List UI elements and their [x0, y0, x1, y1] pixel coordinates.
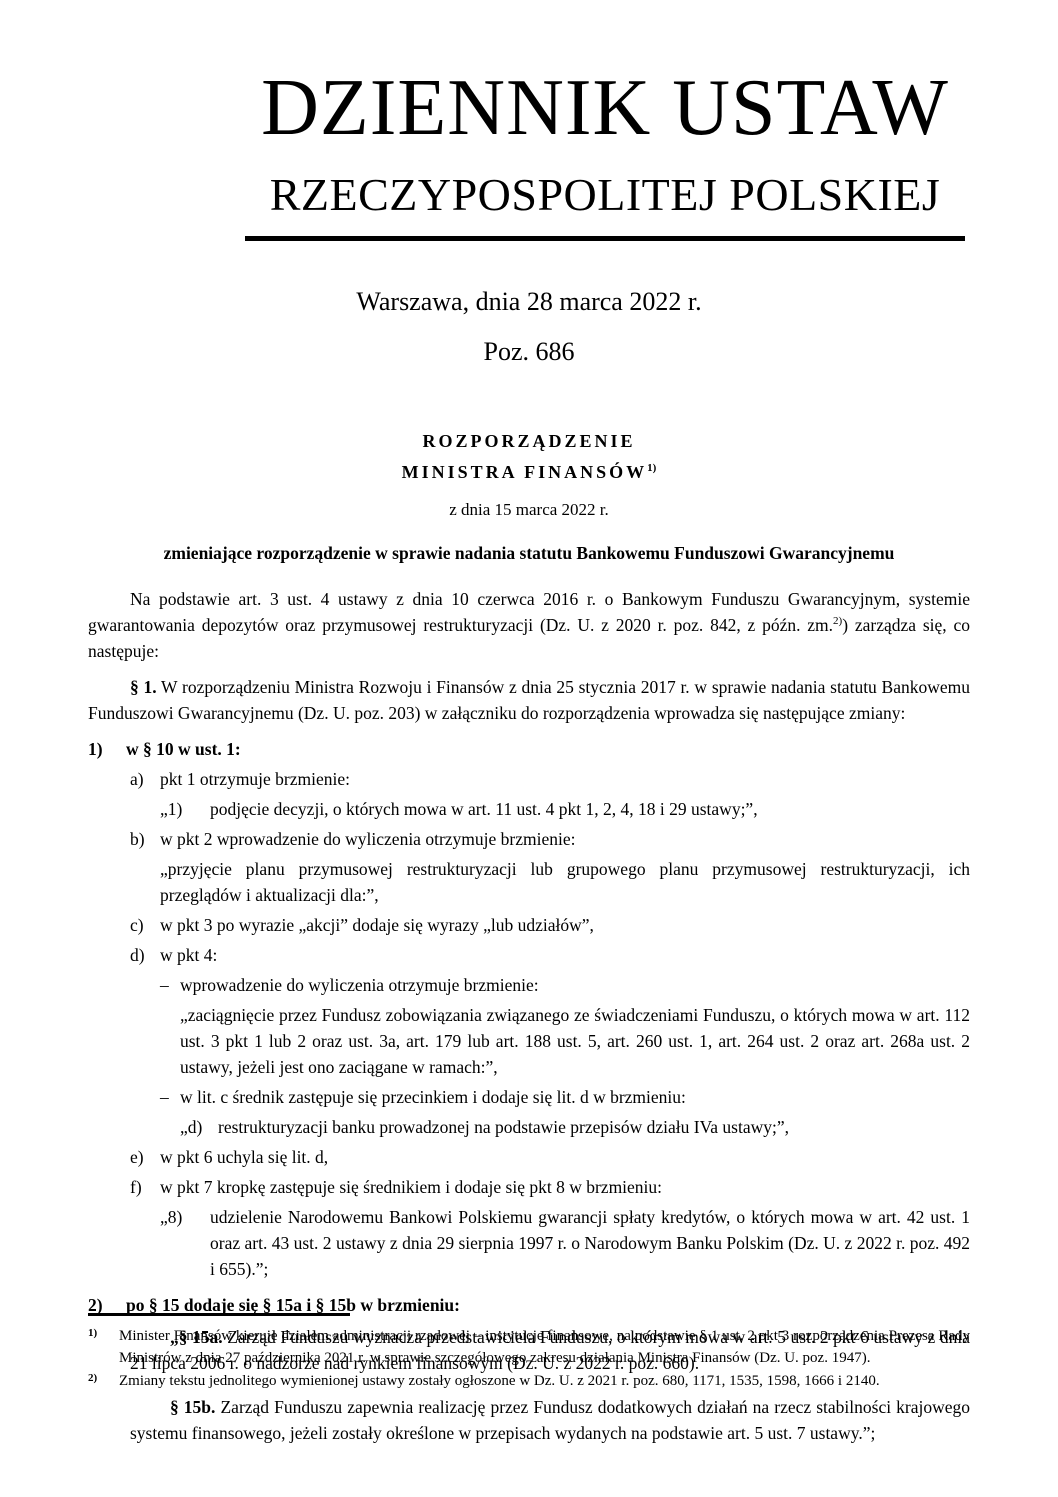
tiret-2: – w lit. c średnik zastępuje się przecin… [160, 1084, 970, 1110]
act-issuer-footnote-ref: 1) [647, 462, 656, 474]
tiret-2-quote-text: restrukturyzacji banku prowadzonej na po… [218, 1114, 970, 1140]
sub-item-a-text: pkt 1 otrzymuje brzmienie: [160, 766, 970, 792]
paragraph-15b-text: Zarząd Funduszu zapewnia realizację prze… [130, 1397, 970, 1443]
preamble-text-1: Na podstawie art. 3 ust. 4 ustawy z dnia… [88, 589, 970, 635]
dateline: Warszawa, dnia 28 marca 2022 r. [88, 287, 970, 317]
sub-item-f: f) w pkt 7 kropkę zastępuje się średniki… [130, 1174, 970, 1200]
footnote-1-ref: 1) [88, 1322, 119, 1366]
sub-item-f-quote-number: „8) [160, 1204, 210, 1282]
section-1-label: § 1. [130, 677, 157, 697]
tiret-2-dash: – [160, 1084, 180, 1110]
sub-item-c-text: w pkt 3 po wyrazie „akcji” dodaje się wy… [160, 912, 970, 938]
act-heading: ROZPORZĄDZENIE MINISTRA FINANSÓW1) z dni… [88, 431, 970, 564]
section-1-text: W rozporządzeniu Ministra Rozwoju i Fina… [88, 677, 970, 723]
sub-item-d-letter: d) [130, 942, 160, 968]
tiret-2-quote: „d) restrukturyzacji banku prowadzonej n… [180, 1114, 970, 1140]
sub-item-b-letter: b) [130, 826, 160, 852]
sub-item-d-text: w pkt 4: [160, 942, 970, 968]
sub-item-e: e) w pkt 6 uchyla się lit. d, [130, 1144, 970, 1170]
masthead: DZIENNIK USTAW RZECZYPOSPOLITEJ POLSKIEJ [245, 64, 965, 241]
amendment-item-1: 1) w § 10 w ust. 1: [88, 736, 970, 762]
tiret-1-dash: – [160, 972, 180, 998]
tiret-1: – wprowadzenie do wyliczenia otrzymuje b… [160, 972, 970, 998]
quoted-paragraph-15b: § 15b. Zarząd Funduszu zapewnia realizac… [130, 1394, 970, 1446]
tiret-1-quote-text: „zaciągnięcie przez Fundusz zobowiązania… [180, 1002, 970, 1080]
footnote-2-ref: 2) [88, 1367, 119, 1389]
sub-item-b: b) w pkt 2 wprowadzenie do wyliczenia ot… [130, 826, 970, 852]
footnotes-section: 1) Minister Finansów kieruje działem adm… [88, 1313, 970, 1392]
sub-item-b-text: w pkt 2 wprowadzenie do wyliczenia otrzy… [160, 826, 970, 852]
sub-item-e-letter: e) [130, 1144, 160, 1170]
sub-item-c-letter: c) [130, 912, 160, 938]
sub-item-f-letter: f) [130, 1174, 160, 1200]
footnote-1: 1) Minister Finansów kieruje działem adm… [88, 1325, 970, 1369]
sub-item-f-quote-text: udzielenie Narodowemu Bankowi Polskiemu … [210, 1204, 970, 1282]
act-issuer: MINISTRA FINANSÓW1) [88, 462, 970, 484]
act-type: ROZPORZĄDZENIE [88, 431, 970, 453]
amendment-item-1-number: 1) [88, 736, 126, 762]
sub-item-c: c) w pkt 3 po wyrazie „akcji” dodaje się… [130, 912, 970, 938]
sub-item-b-quote-text: „przyjęcie planu przymusowej restruktury… [160, 856, 970, 908]
sub-item-e-text: w pkt 6 uchyla się lit. d, [160, 1144, 970, 1170]
tiret-2-text: w lit. c średnik zastępuje się przecinki… [180, 1084, 970, 1110]
act-issuer-name: MINISTRA FINANSÓW [402, 462, 648, 482]
amendment-item-1-text: w § 10 w ust. 1: [126, 736, 970, 762]
sub-item-f-text: w pkt 7 kropkę zastępuje się średnikiem … [160, 1174, 970, 1200]
masthead-title: DZIENNIK USTAW [245, 64, 965, 154]
sub-item-a-quote-number: „1) [160, 796, 210, 822]
section-1-paragraph: § 1. W rozporządzeniu Ministra Rozwoju i… [88, 674, 970, 726]
masthead-subtitle: RZECZYPOSPOLITEJ POLSKIEJ [245, 170, 965, 221]
masthead-rule [245, 236, 965, 241]
tiret-1-text: wprowadzenie do wyliczenia otrzymuje brz… [180, 972, 970, 998]
sub-item-a-quote: „1) podjęcie decyzji, o których mowa w a… [160, 796, 970, 822]
sub-item-a-letter: a) [130, 766, 160, 792]
gazette-page: DZIENNIK USTAW RZECZYPOSPOLITEJ POLSKIEJ… [0, 0, 1058, 1497]
act-subject: zmieniające rozporządzenie w sprawie nad… [88, 543, 970, 564]
footnote-2: 2) Zmiany tekstu jednolitego wymienionej… [88, 1370, 970, 1392]
paragraph-15b-label: § 15b. [170, 1397, 215, 1417]
sub-item-d: d) w pkt 4: [130, 942, 970, 968]
footnote-1-text: Minister Finansów kieruje działem admini… [119, 1325, 970, 1369]
tiret-2-quote-letter: „d) [180, 1114, 218, 1140]
footnote-ref-2-inline: 2) [833, 616, 842, 628]
preamble: Na podstawie art. 3 ust. 4 ustawy z dnia… [88, 586, 970, 664]
position-number: Poz. 686 [88, 337, 970, 367]
footnote-2-text: Zmiany tekstu jednolitego wymienionej us… [119, 1370, 970, 1392]
act-date: z dnia 15 marca 2022 r. [88, 500, 970, 520]
sub-item-f-quote: „8) udzielenie Narodowemu Bankowi Polski… [160, 1204, 970, 1282]
footnote-separator-rule [88, 1313, 350, 1316]
sub-item-a-quote-text: podjęcie decyzji, o których mowa w art. … [210, 796, 970, 822]
sub-item-a: a) pkt 1 otrzymuje brzmienie: [130, 766, 970, 792]
